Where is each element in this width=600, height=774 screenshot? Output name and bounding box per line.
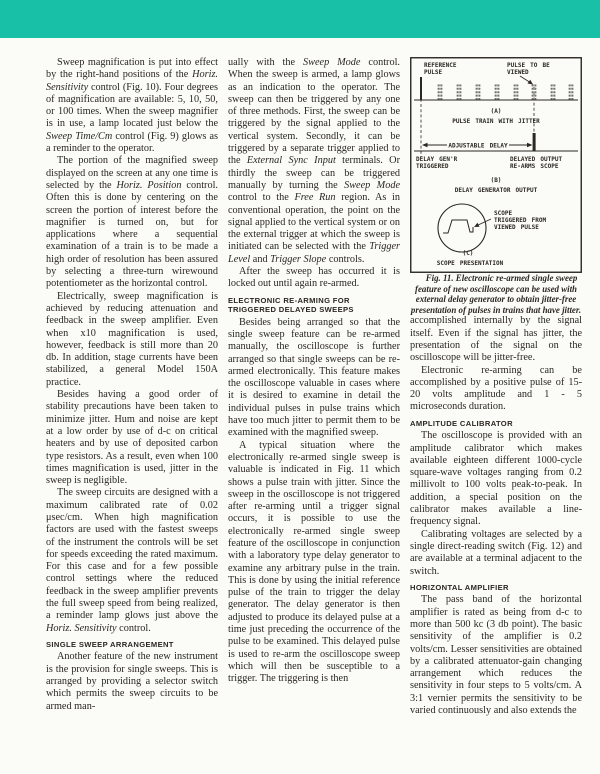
body-paragraph: Besides being arranged so that the singl… (228, 317, 400, 440)
scope-triggered-label: SCOPE (494, 210, 512, 217)
section-a-label: (A) (491, 108, 502, 115)
section-heading-amplitude-calibrator: AMPLITUDE CALIBRATOR (410, 419, 582, 429)
section-a-title: PULSE TRAIN WITH JITTER (452, 118, 540, 125)
figure-caption: Fig. 11. Electronic re-armed single swee… (410, 273, 582, 315)
body-paragraph: After the sweep has occurred it is locke… (228, 266, 400, 291)
section-c-label: (C) (463, 250, 474, 257)
pulse-to-be-viewed-label: PULSE TO BE (507, 62, 550, 69)
svg-text:VIEWED PULSE: VIEWED PULSE (494, 224, 539, 231)
body-paragraph: The portion of the magnified sweep displ… (46, 155, 218, 290)
body-paragraph: Another feature of the new instrument is… (46, 651, 218, 712)
body-paragraph: Besides having a good order of stability… (46, 389, 218, 487)
body-paragraph: The oscilloscope is provided with an amp… (410, 430, 582, 528)
body-paragraph: Electronic re-arming can be accomplished… (410, 365, 582, 414)
section-b-label: (B) (491, 177, 502, 184)
section-heading-single-sweep: SINGLE SWEEP ARRANGEMENT (46, 640, 218, 650)
section-c-title: SCOPE PRESENTATION (437, 260, 504, 267)
delay-genr-triggered-label: DELAY GEN'R (416, 156, 458, 163)
section-heading-electronic-rearming: ELECTRONIC RE-ARMING FOR TRIGGERED DELAY… (228, 296, 400, 315)
body-paragraph: Sweep magnification is put into effect b… (46, 57, 218, 155)
scope-waveform (443, 220, 473, 233)
body-paragraph: accomplished internally by the signal it… (410, 315, 582, 364)
adjustable-delay-label: ADJUSTABLE DELAY (448, 142, 508, 149)
body-paragraph: Calibrating voltages are selected by a s… (410, 529, 582, 578)
body-paragraph: Electrically, sweep magnification is ach… (46, 291, 218, 389)
body-paragraph: ually with the Sweep Mode control. When … (228, 57, 400, 266)
magazine-page: Sweep magnification is put into effect b… (0, 0, 600, 774)
three-column-text: Sweep magnification is put into effect b… (46, 57, 582, 717)
pulse-train-diagram: REFERENCE PULSE PULSE TO BE VIEWED (A) P… (410, 57, 582, 273)
column-1: Sweep magnification is put into effect b… (46, 57, 218, 717)
delayed-output-pulse (533, 133, 536, 151)
scope-screen-circle (438, 204, 486, 252)
column-2: ually with the Sweep Mode control. When … (228, 57, 400, 717)
body-paragraph: The pass band of the horizontal amplifie… (410, 594, 582, 717)
svg-text:VIEWED: VIEWED (507, 69, 529, 76)
delayed-output-label: DELAYED OUTPUT (510, 156, 562, 163)
column-3: REFERENCE PULSE PULSE TO BE VIEWED (A) P… (410, 57, 582, 717)
section-b-title: DELAY GENERATOR OUTPUT (455, 187, 538, 194)
svg-text:TRIGGERED: TRIGGERED (416, 163, 449, 170)
svg-text:PULSE: PULSE (424, 69, 442, 76)
body-paragraph: The sweep circuits are designed with a m… (46, 487, 218, 635)
reference-pulse-label: REFERENCE (424, 62, 457, 69)
svg-text:RE-ARMS SCOPE: RE-ARMS SCOPE (510, 163, 559, 170)
top-color-band (0, 0, 600, 38)
body-paragraph: A typical situation where the electronic… (228, 440, 400, 686)
figure-11: REFERENCE PULSE PULSE TO BE VIEWED (A) P… (410, 57, 582, 315)
section-heading-horizontal-amplifier: HORIZONTAL AMPLIFIER (410, 583, 582, 593)
svg-text:TRIGGERED FROM: TRIGGERED FROM (494, 217, 546, 224)
